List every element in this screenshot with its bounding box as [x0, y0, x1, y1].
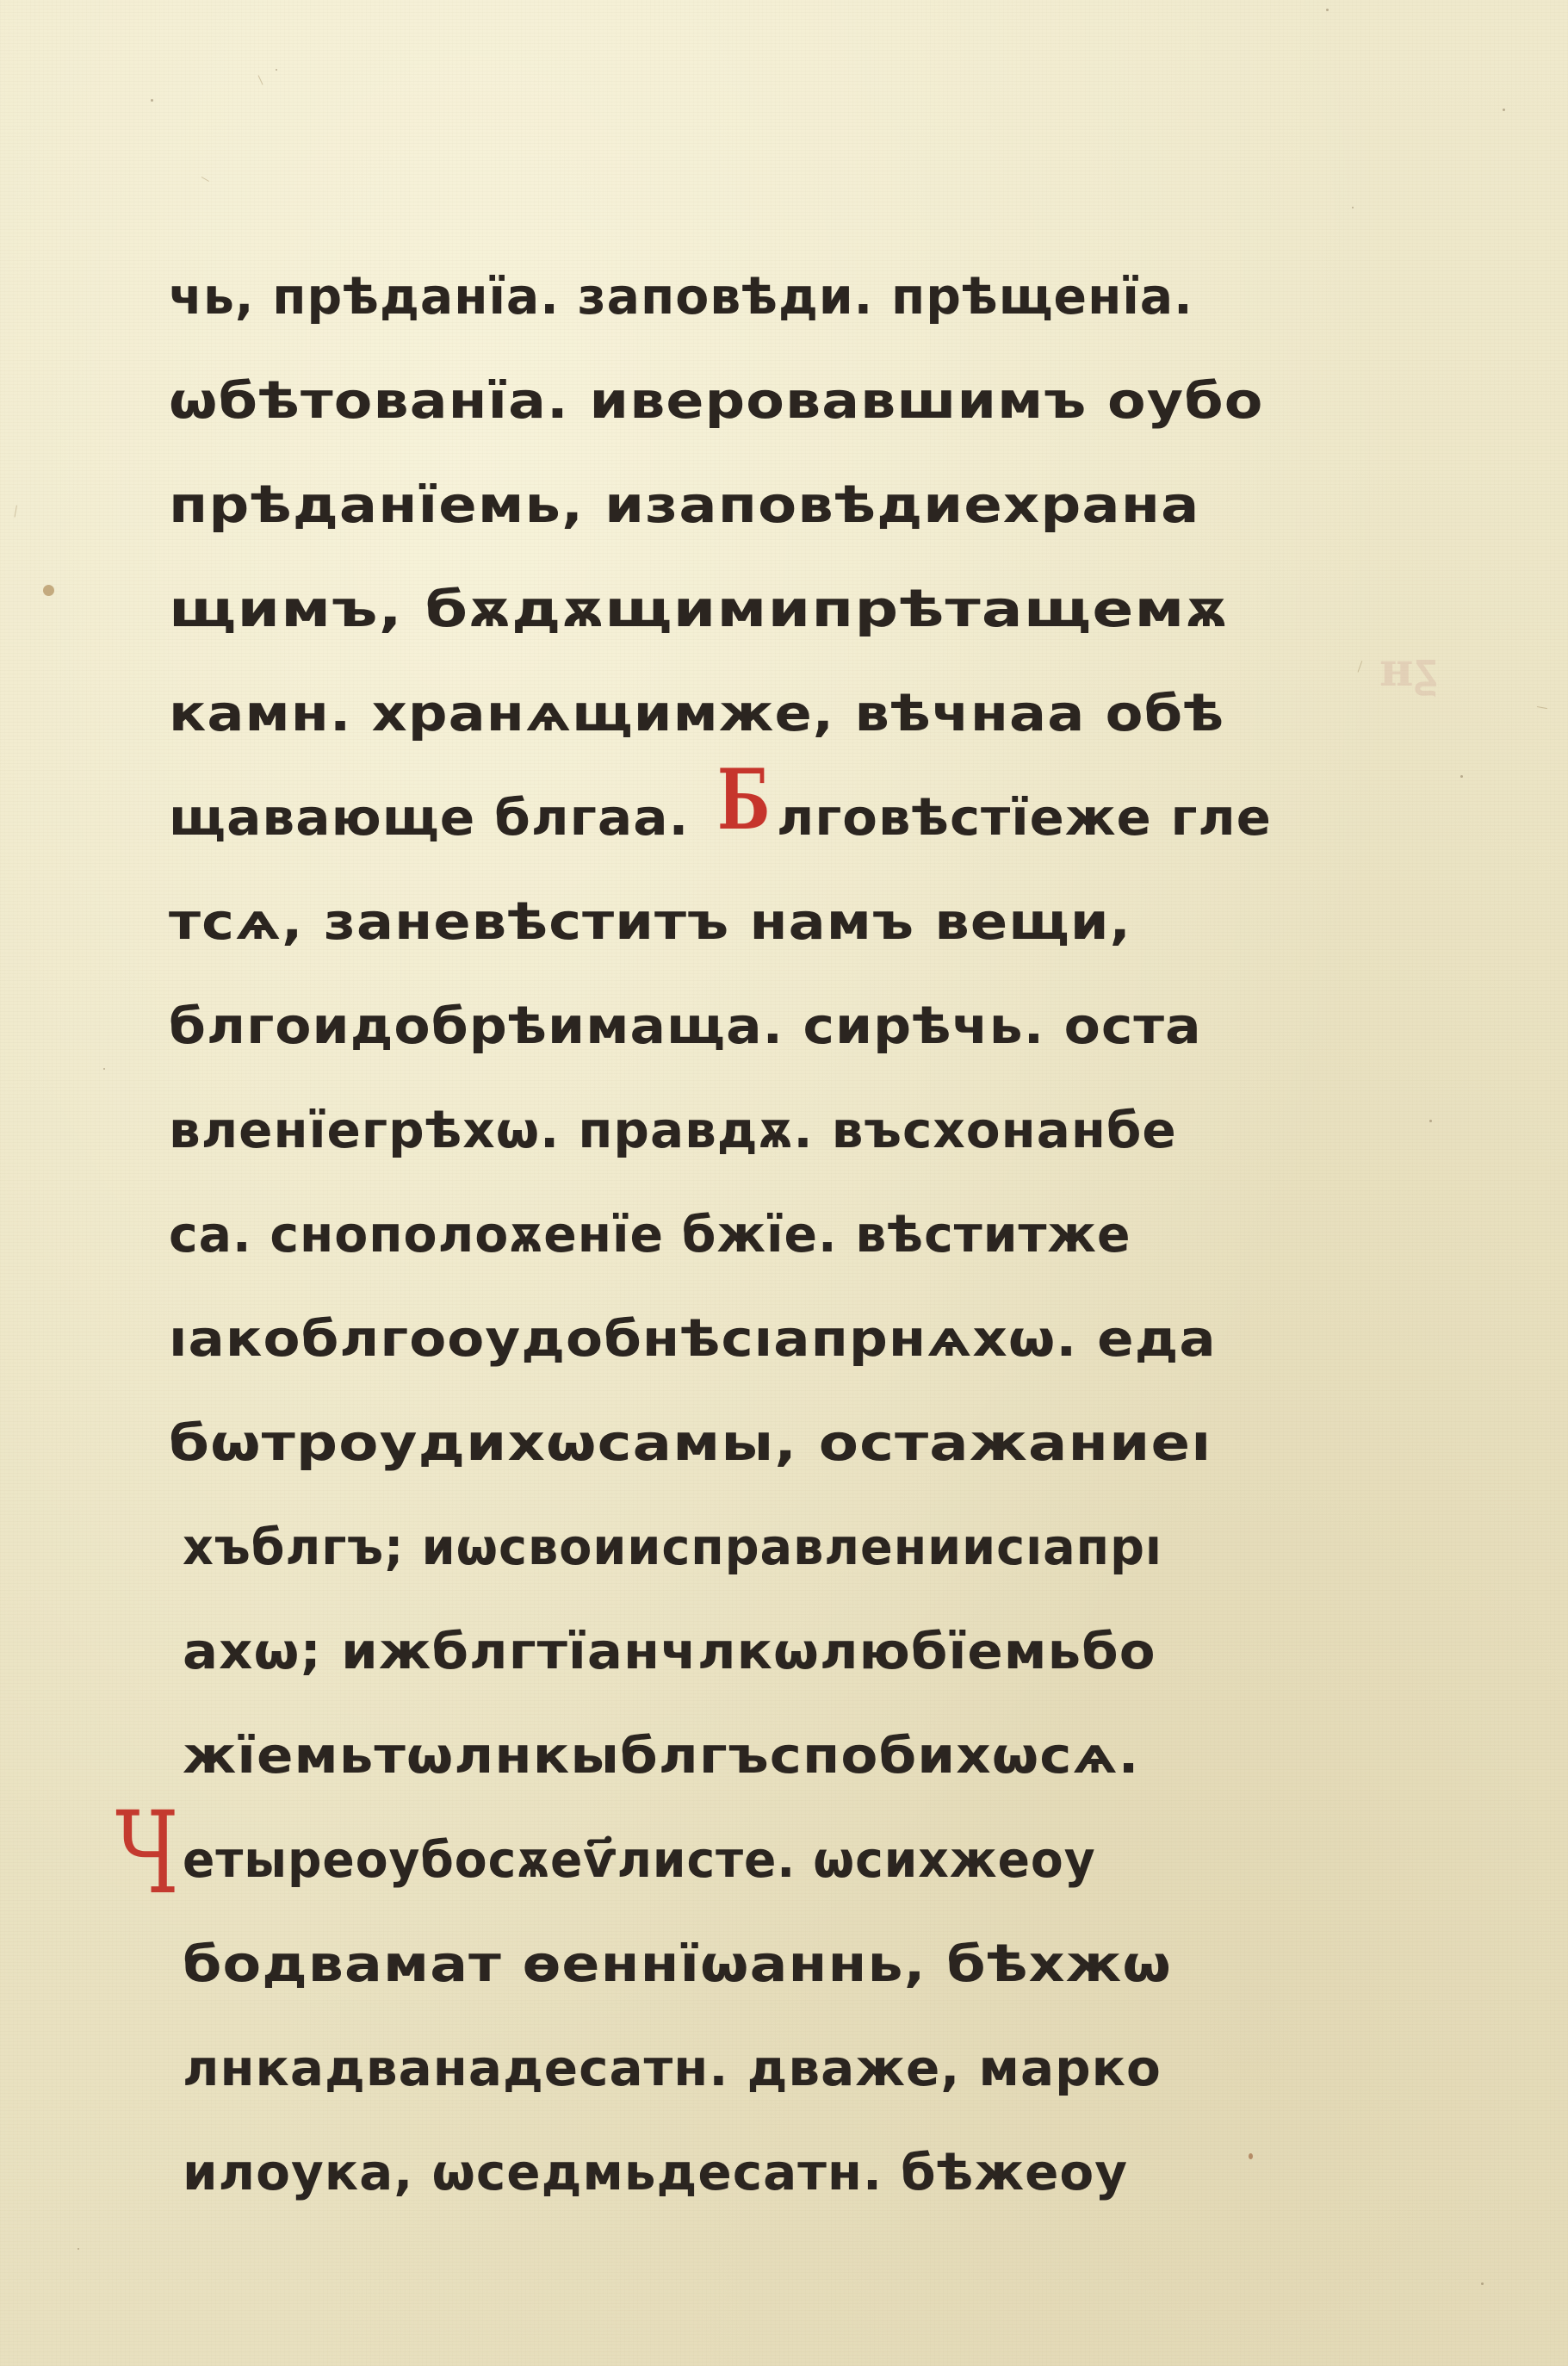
line-text: бѡтроудихѡсамы, остажаниеı [169, 1391, 1212, 1494]
line-text: блгоидобрѣимаща. сирѣчь. оста [169, 974, 1202, 1077]
line-text: ахѡ; ижблгтїанчлкѡлюбїемьбо [183, 1599, 1156, 1703]
line-text: лнкадванадесатн. дваже, марко [183, 2016, 1162, 2120]
line-text: са. снополоѫенїе бжїе. вѣститже [169, 1183, 1131, 1286]
text-line-14: ахѡ; ижблгтїанчлкѡлюбїемьбо [183, 1599, 1302, 1703]
text-line-7: тсѧ, заневѣститъ намъ вещи, [169, 870, 1288, 973]
line-text: илоука, ѡседмьдесатн. бѣжеоу [183, 2121, 1128, 2224]
line-text: камн. хранѧщимже, вѣчнаа обѣ [169, 661, 1224, 765]
text-line-18: лнкадванадесатн. дваже, марко [183, 2016, 1302, 2120]
line-text-after-rubric: етыреоубосѫеѵ҃листе. ѡсихжеоу [183, 1808, 1096, 1911]
text-line-13: хъблгъ; иѡсвоиисправлениисıапрı [183, 1495, 1302, 1599]
line-text: ıакоблгооудобнѣсıапрнѧхѡ. еда [169, 1287, 1217, 1390]
line-text: жїемьтѡлнкыблгъспобихѡсѧ. [183, 1704, 1140, 1807]
line-text: ѡбѣтованїа. иверовавшимъ оубо [169, 349, 1263, 452]
text-line-3: прѣданїемь, изаповѣдиехрана [169, 453, 1288, 556]
line-text: хъблгъ; иѡсвоиисправлениисıапрı [183, 1495, 1162, 1599]
text-line-19: илоука, ѡседмьдесатн. бѣжеоу [183, 2121, 1302, 2224]
line-text: тсѧ, заневѣститъ намъ вещи, [169, 870, 1131, 973]
text-line-4: щимъ, бѫдѫщимипрѣтащемѫ [169, 557, 1288, 661]
line-text-before-rubric: щавающе блгаа. [169, 766, 701, 869]
text-line-6-continued: лговѣстїеже гле [777, 766, 1293, 869]
text-line-5: камн. хранѧщимже, вѣчнаа обѣ [169, 661, 1288, 765]
text-line-12: бѡтроудихѡсамы, остажаниеı [169, 1391, 1288, 1494]
rubric-initial-b: Б [717, 761, 771, 839]
text-line-17: бодвамат ѳеннїѡаннь, бѣхжѡ [183, 1912, 1302, 2015]
line-text: бодвамат ѳеннїѡаннь, бѣхжѡ [183, 1912, 1172, 2015]
text-line-8: блгоидобрѣимаща. сирѣчь. оста [169, 974, 1288, 1077]
text-line-9: вленїегрѣхѡ. правдѫ. въсхонанбе [169, 1078, 1288, 1182]
text-line-11: ıакоблгооудобнѣсıапрнѧхѡ. еда [169, 1287, 1288, 1390]
text-line-2: ѡбѣтованїа. иверовавшимъ оубо [169, 349, 1288, 452]
line-text: вленїегрѣхѡ. правдѫ. въсхонанбе [169, 1078, 1177, 1182]
manuscript-page: ꙁн чь, прѣданїа. заповѣди. прѣщенїа. ѡбѣ… [0, 0, 1568, 2366]
line-text-after-rubric: лговѣстїеже гле [777, 766, 1272, 869]
text-line-16: етыреоубосѫеѵ҃листе. ѡсихжеоу [183, 1808, 1302, 1911]
line-text: чь, прѣданїа. заповѣди. прѣщенїа. [169, 245, 1193, 348]
line-text: щимъ, бѫдѫщимипрѣтащемѫ [169, 557, 1228, 661]
text-line-15: жїемьтѡлнкыблгъспобихѡсѧ. [183, 1704, 1302, 1807]
line-text: прѣданїемь, изаповѣдиехрана [169, 453, 1199, 556]
text-line-1: чь, прѣданїа. заповѣди. прѣщенїа. [169, 245, 1288, 348]
manuscript-text-block: чь, прѣданїа. заповѣди. прѣщенїа. ѡбѣтов… [0, 0, 1568, 2366]
rubric-initial-ch: Ч [115, 1802, 178, 1905]
text-line-10: са. снополоѫенїе бжїе. вѣститже [169, 1183, 1288, 1286]
